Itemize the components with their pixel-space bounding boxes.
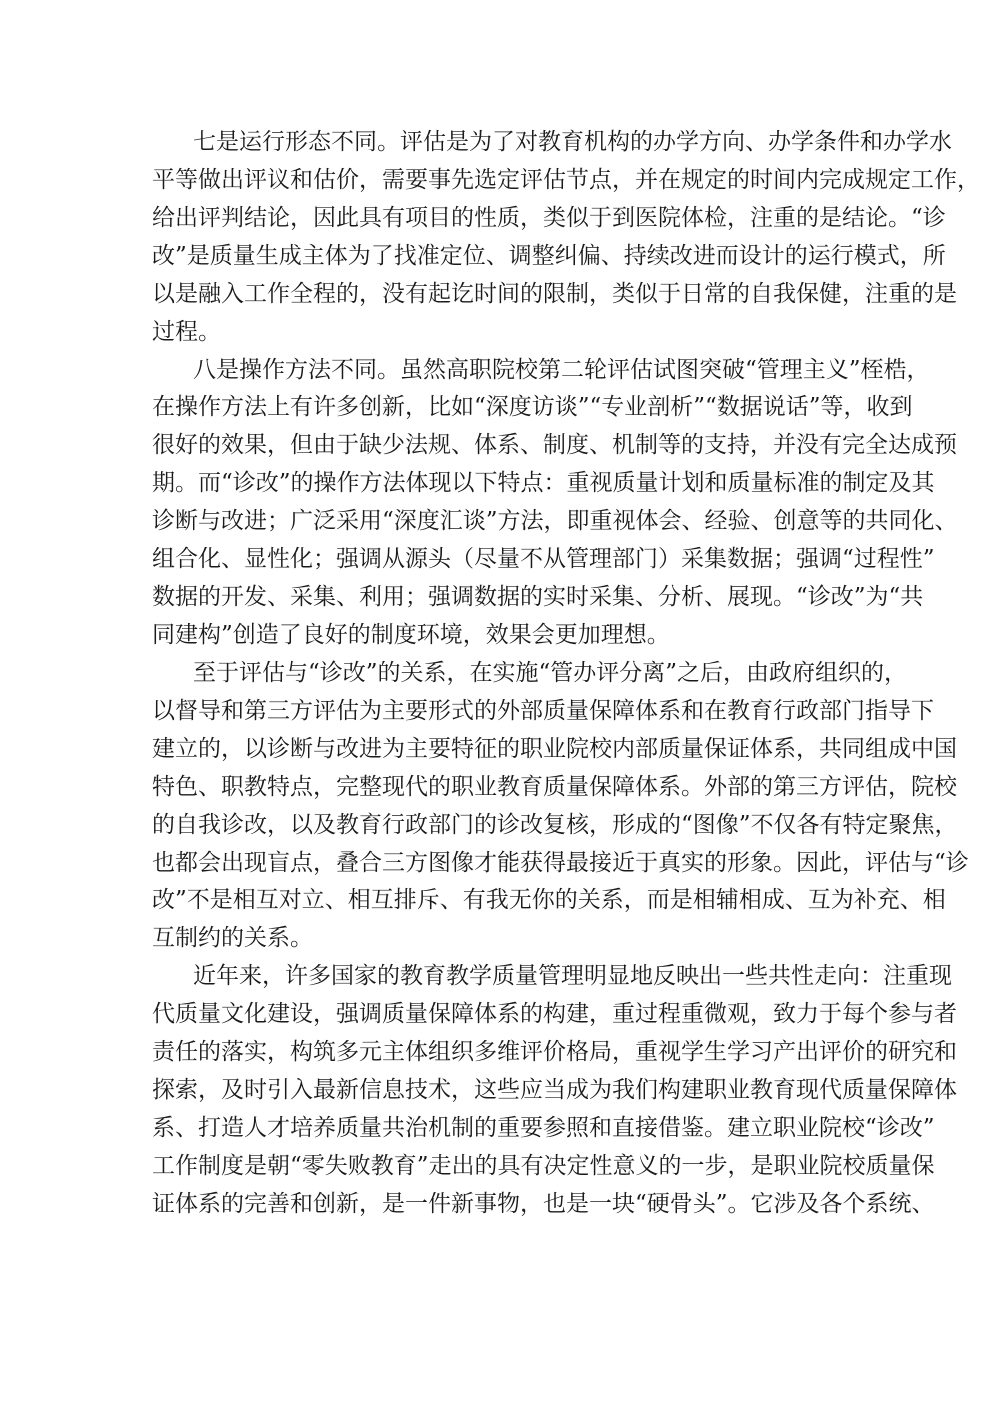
text-line: 以督导和第三方评估为主要形式的外部质量保障体系和在教育行政部门指导下	[152, 693, 849, 731]
text-line: 期。而“诊改”的操作方法体现以下特点：重视质量计划和质量标准的制定及其	[152, 465, 849, 503]
text-line: 系、打造人才培养质量共治机制的重要参照和直接借鉴。建立职业院校“诊改”	[152, 1110, 849, 1148]
text-line: 组合化、显性化；强调从源头（尽量不从管理部门）采集数据；强调“过程性”	[152, 541, 849, 579]
text-line: 工作制度是朝“零失败教育”走出的具有决定性意义的一步，是职业院校质量保	[152, 1148, 849, 1186]
text-line: 特色、职教特点，完整现代的职业教育质量保障体系。外部的第三方评估，院校	[152, 769, 849, 807]
text-line: 改”是质量生成主体为了找准定位、调整纠偏、持续改进而设计的运行模式，所	[152, 238, 849, 276]
text-line: 诊断与改进；广泛采用“深度汇谈”方法，即重视体会、经验、创意等的共同化、	[152, 503, 849, 541]
text-line: 七是运行形态不同。评估是为了对教育机构的办学方向、办学条件和办学水	[152, 124, 849, 162]
body-text: 七是运行形态不同。评估是为了对教育机构的办学方向、办学条件和办学水 平等做出评议…	[152, 124, 849, 1224]
text-line: 改”不是相互对立、相互排斥、有我无你的关系，而是相辅相成、互为补充、相	[152, 882, 849, 920]
text-line: 在操作方法上有许多创新，比如“深度访谈”“专业剖析”“数据说话”等，收到	[152, 389, 849, 427]
text-line: 代质量文化建设，强调质量保障体系的构建，重过程重微观，致力于每个参与者	[152, 996, 849, 1034]
text-line: 近年来，许多国家的教育教学质量管理明显地反映出一些共性走向：注重现	[152, 958, 849, 996]
text-line: 建立的，以诊断与改进为主要特征的职业院校内部质量保证体系，共同组成中国	[152, 731, 849, 769]
paragraph-operation-method: 八是操作方法不同。虽然高职院校第二轮评估试图突破“管理主义”桎梏， 在操作方法上…	[152, 352, 849, 655]
text-line: 给出评判结论，因此具有项目的性质，类似于到医院体检，注重的是结论。“诊	[152, 200, 849, 238]
text-line: 平等做出评议和估价，需要事先选定评估节点，并在规定的时间内完成规定工作，	[152, 162, 849, 200]
text-line: 证体系的完善和创新，是一件新事物，也是一块“硬骨头”。它涉及各个系统、	[152, 1186, 849, 1224]
paragraph-relationship: 至于评估与“诊改”的关系，在实施“管办评分离”之后，由政府组织的， 以督导和第三…	[152, 655, 849, 958]
text-line: 很好的效果，但由于缺少法规、体系、制度、机制等的支持，并没有完全达成预	[152, 427, 849, 465]
text-line: 责任的落实，构筑多元主体组织多维评价格局，重视学生学习产出评价的研究和	[152, 1034, 849, 1072]
text-line: 以是融入工作全程的，没有起讫时间的限制，类似于日常的自我保健，注重的是	[152, 276, 849, 314]
text-line: 过程。	[152, 314, 849, 352]
text-line: 也都会出现盲点，叠合三方图像才能获得最接近于真实的形象。因此，评估与“诊	[152, 845, 849, 883]
text-line: 至于评估与“诊改”的关系，在实施“管办评分离”之后，由政府组织的，	[152, 655, 849, 693]
text-line: 探索，及时引入最新信息技术，这些应当成为我们构建职业教育现代质量保障体	[152, 1072, 849, 1110]
text-line: 八是操作方法不同。虽然高职院校第二轮评估试图突破“管理主义”桎梏，	[152, 352, 849, 390]
text-line: 同建构”创造了良好的制度环境，效果会更加理想。	[152, 617, 849, 655]
paragraph-operation-form: 七是运行形态不同。评估是为了对教育机构的办学方向、办学条件和办学水 平等做出评议…	[152, 124, 849, 352]
text-line: 的自我诊改，以及教育行政部门的诊改复核，形成的“图像”不仅各有特定聚焦，	[152, 807, 849, 845]
text-line: 互制约的关系。	[152, 920, 849, 958]
paragraph-recent-years: 近年来，许多国家的教育教学质量管理明显地反映出一些共性走向：注重现 代质量文化建…	[152, 958, 849, 1223]
document-page: 七是运行形态不同。评估是为了对教育机构的办学方向、办学条件和办学水 平等做出评议…	[0, 0, 1000, 1414]
text-line: 数据的开发、采集、利用；强调数据的实时采集、分析、展现。“诊改”为“共	[152, 579, 849, 617]
